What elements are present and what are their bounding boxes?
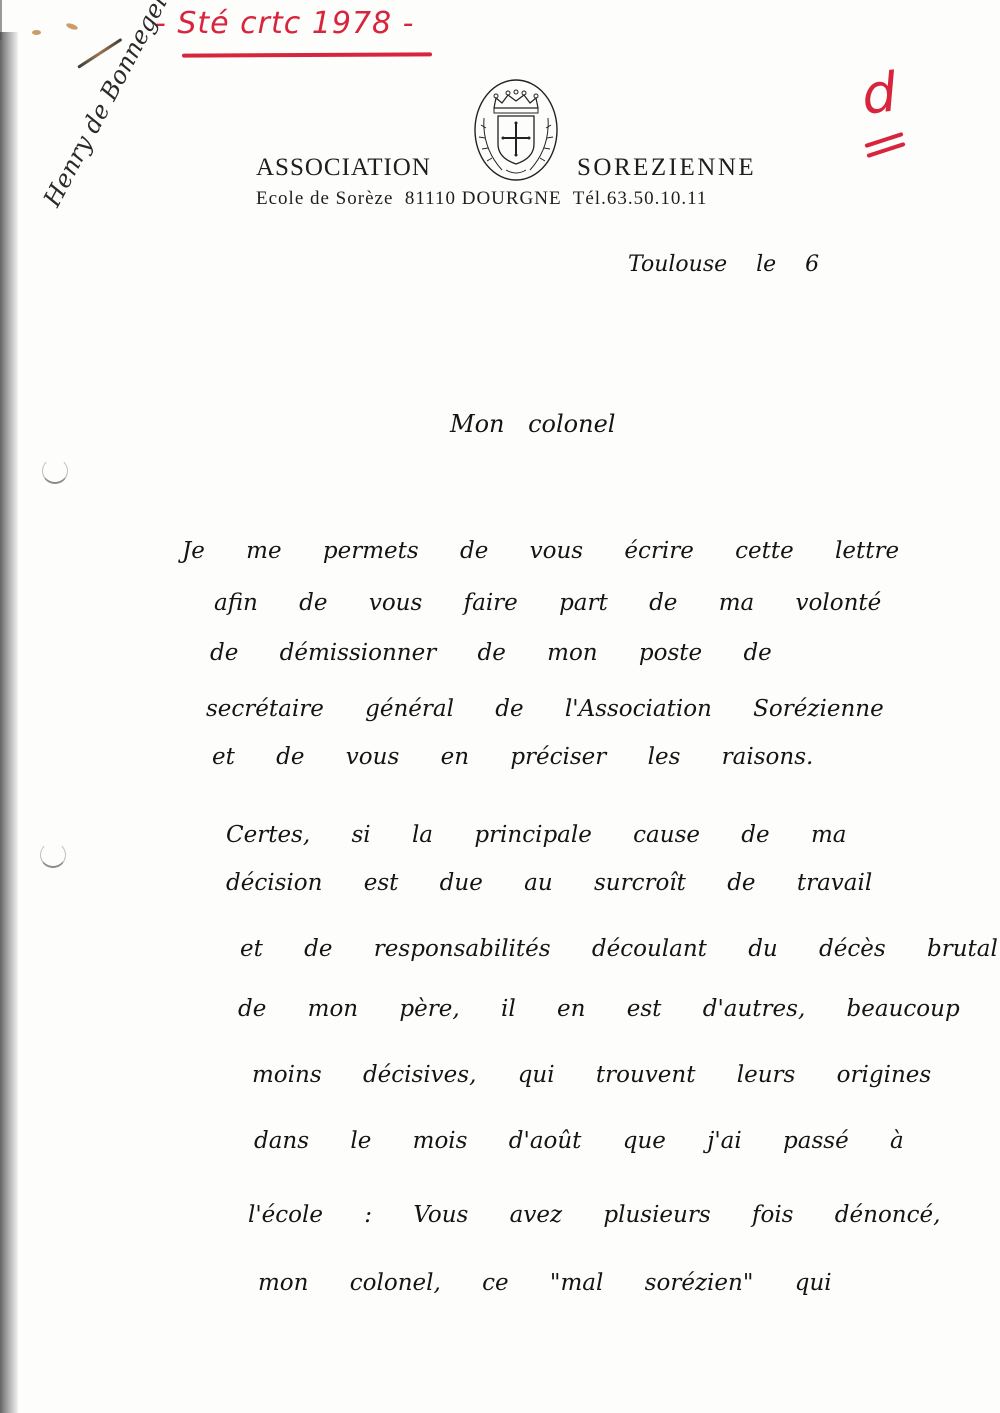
org-name-right: SOREZIENNE <box>577 154 756 182</box>
binder-punch-hole <box>42 458 68 484</box>
salutation: Mon colonel <box>450 410 615 438</box>
letter-line: Je me permets de vous écrire cette lettr… <box>182 538 899 564</box>
org-name-left: ASSOCIATION <box>256 154 431 182</box>
letter-line: dans le mois d'août que j'ai passé à <box>254 1128 904 1154</box>
letter-line: Certes, si la principale cause de ma <box>226 822 846 848</box>
letter-line: secrétaire général de l'Association Soré… <box>206 696 884 722</box>
letter-line: décision est due au surcroît de travail <box>226 870 872 896</box>
letter-line: afin de vous faire part de ma volonté <box>214 590 881 616</box>
letter-line: et de responsabilités découlant du décès… <box>240 936 998 962</box>
archive-date-underline <box>182 52 432 57</box>
archive-date-annotation: - Sté crtc 1978 - <box>155 6 415 41</box>
coat-of-arms-crest-icon <box>472 78 560 182</box>
file-letter-annotation: d <box>859 60 900 126</box>
letter-line: de démissionner de mon poste de <box>210 640 772 666</box>
rust-stain <box>32 30 41 35</box>
letter-line: l'école : Vous avez plusieurs fois dénon… <box>248 1202 940 1228</box>
place-and-date: Toulouse le 6 <box>628 252 819 277</box>
side-signature: Henry de Bonnegel <box>38 0 173 211</box>
scanned-letter-page: - Sté crtc 1978 - d Henry de Bonnegel AS… <box>0 0 1000 1413</box>
rust-stain <box>66 22 79 31</box>
letter-line: mon colonel, ce "mal sorézien" qui <box>258 1270 832 1296</box>
letter-line: et de vous en préciser les raisons. <box>212 744 813 770</box>
org-address: Ecole de Sorèze 81110 DOURGNE Tél.63.50.… <box>256 188 707 210</box>
letter-line: moins décisives, qui trouvent leurs orig… <box>252 1062 931 1088</box>
scan-shadow-strip <box>0 32 18 1413</box>
binder-punch-hole <box>40 842 66 868</box>
letter-line: de mon père, il en est d'autres, beaucou… <box>238 996 960 1022</box>
